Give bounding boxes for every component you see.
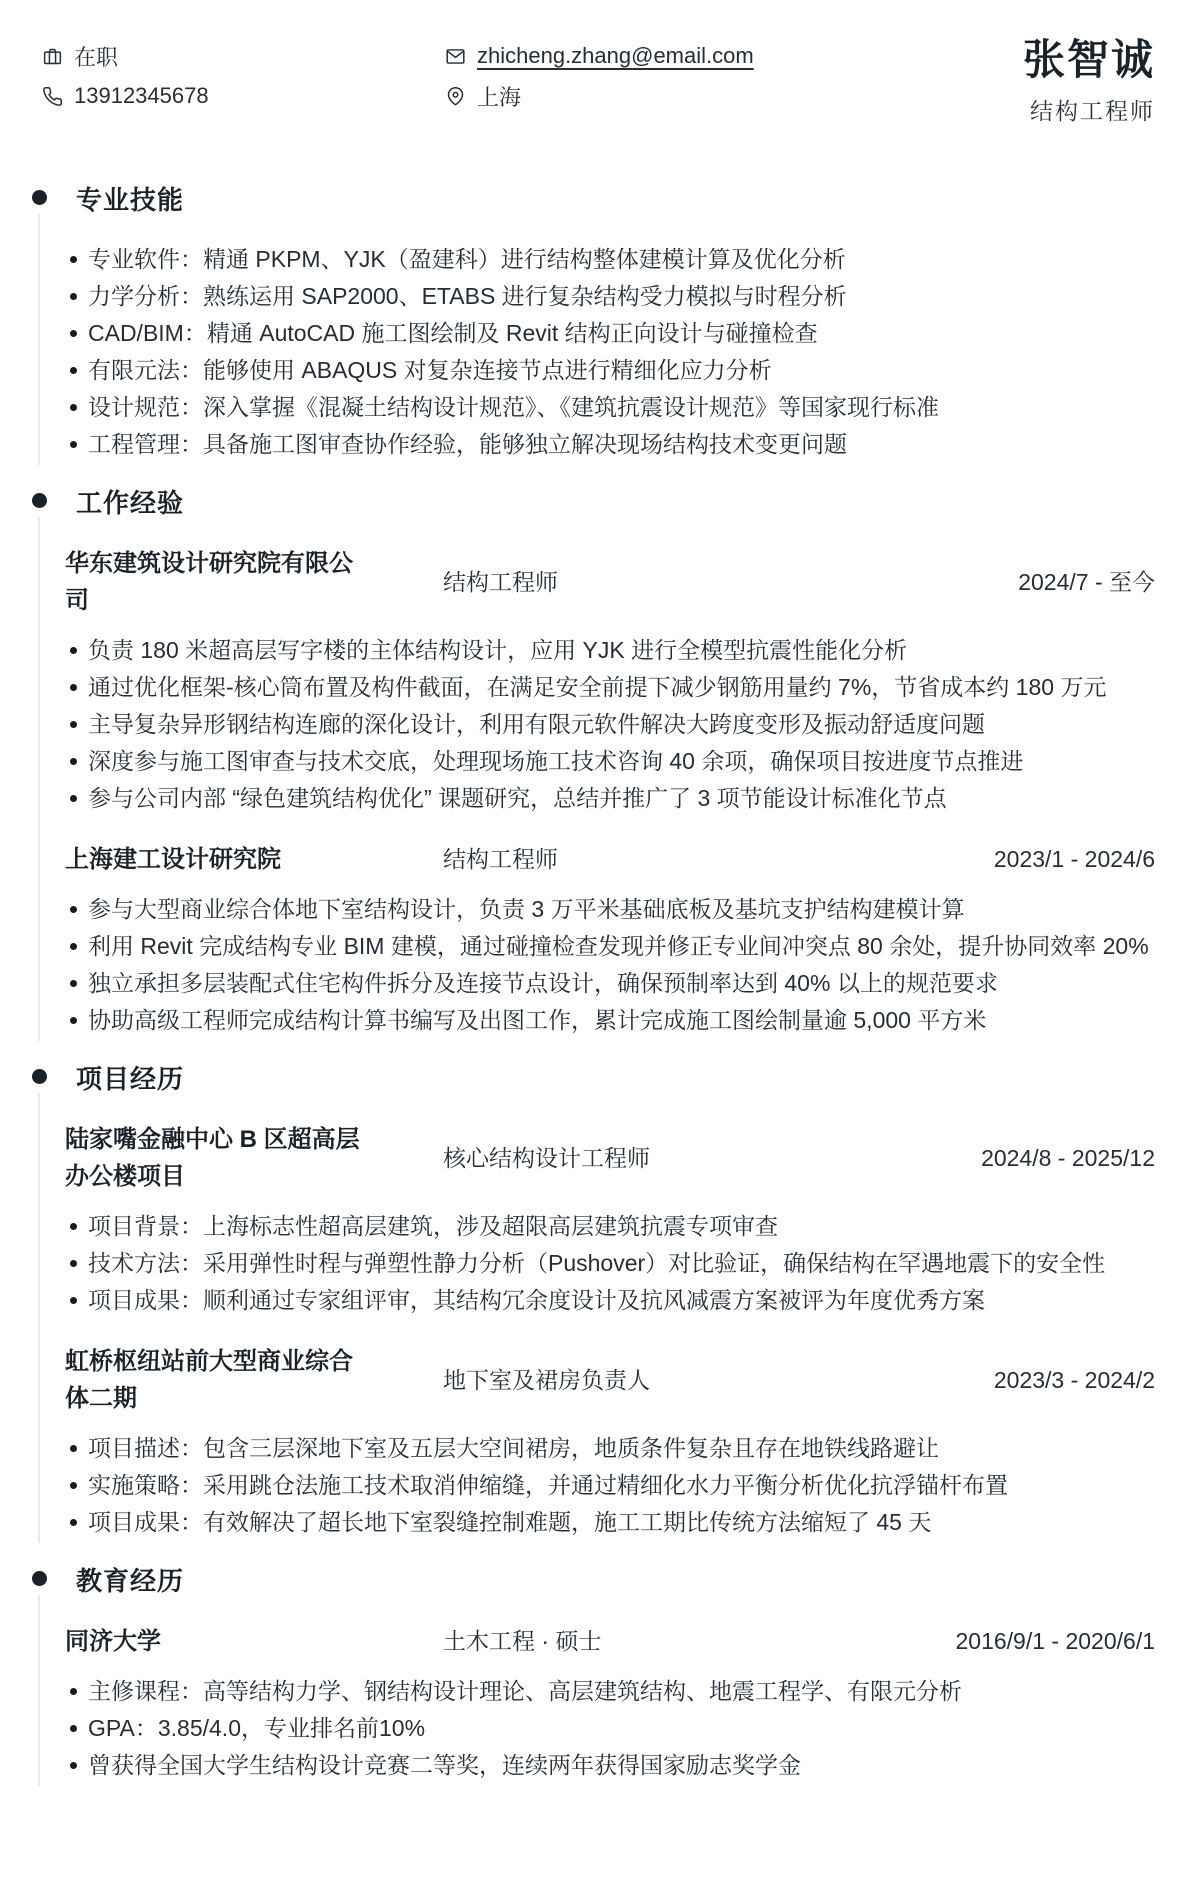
location-pin-icon [445, 86, 466, 107]
degree: 土木工程 · 硕士 [443, 1623, 878, 1660]
job-period: 2023/1 - 2024/6 [994, 841, 1155, 878]
skill-item: 工程管理：具备施工图审查协作经验，能够独立解决现场结构技术变更问题 [88, 427, 1155, 461]
project-period: 2023/3 - 2024/2 [994, 1362, 1155, 1399]
job-role: 结构工程师 [443, 564, 940, 601]
project-bullet: 项目成果：有效解决了超长地下室裂缝控制难题，施工工期比传统方法缩短了 45 天 [88, 1505, 1155, 1539]
education-period: 2016/9/1 - 2020/6/1 [956, 1623, 1156, 1660]
section-bullet-icon [32, 1571, 47, 1586]
work-bullet: 通过优化框架-核心筒布置及构件截面，在满足安全前提下减少钢筋用量约 7%，节省成… [88, 670, 1155, 704]
project-bullet: 实施策略：采用跳仓法施工技术取消伸缩缝，并通过精细化水力平衡分析优化抗浮锚杆布置 [88, 1468, 1155, 1502]
work-bullet-list: 负责 180 米超高层写字楼的主体结构设计，应用 YJK 进行全模型抗震性能化分… [65, 633, 1155, 815]
work-bullet: 主导复杂异形钢结构连廊的深化设计，利用有限元软件解决大跨度变形及振动舒适度问题 [88, 707, 1155, 741]
section-work: 工作经验 华东建筑设计研究院有限公司 结构工程师 2024/7 - 至今 负责 … [32, 487, 1155, 1037]
contact-column-middle: zhicheng.zhang@email.com 上海 [445, 36, 1023, 116]
project-bullet-list: 项目背景：上海标志性超高层建筑，涉及超限高层建筑抗震专项审查 技术方法：采用弹性… [65, 1209, 1155, 1317]
skill-item: 专业软件：精通 PKPM、YJK（盈建科）进行结构整体建模计算及优化分析 [88, 242, 1155, 276]
section-title-skills: 专业技能 [76, 184, 1155, 216]
section-education: 教育经历 同济大学 土木工程 · 硕士 2016/9/1 - 2020/6/1 … [32, 1565, 1155, 1782]
location-text: 上海 [477, 81, 521, 112]
project-bullet: 技术方法：采用弹性时程与弹塑性静力分析（Pushover）对比验证，确保结构在罕… [88, 1246, 1155, 1280]
status-text: 在职 [74, 41, 118, 72]
job-role: 结构工程师 [443, 841, 916, 878]
project-entry-header: 虹桥枢纽站前大型商业综合体二期 地下室及裙房负责人 2023/3 - 2024/… [65, 1343, 1155, 1417]
mail-icon [445, 46, 466, 67]
work-bullet: 协助高级工程师完成结构计算书编写及出图工作，累计完成施工图绘制量逾 5,000 … [88, 1003, 1155, 1037]
resume-header: 在职 13912345678 zhicheng.zhang@email.com [42, 36, 1155, 126]
work-bullet: 独立承担多层装配式住宅构件拆分及连接节点设计，确保预制率达到 40% 以上的规范… [88, 966, 1155, 1000]
education-bullet: GPA：3.85/4.0，专业排名前10% [88, 1711, 1155, 1745]
project-entry: 虹桥枢纽站前大型商业综合体二期 地下室及裙房负责人 2023/3 - 2024/… [65, 1343, 1155, 1539]
skill-item: 力学分析：熟练运用 SAP2000、ETABS 进行复杂结构受力模拟与时程分析 [88, 279, 1155, 313]
work-entry: 华东建筑设计研究院有限公司 结构工程师 2024/7 - 至今 负责 180 米… [65, 545, 1155, 815]
work-bullet: 深度参与施工图审查与技术交底，处理现场施工技术咨询 40 余项，确保项目按进度节… [88, 744, 1155, 778]
skills-list: 专业软件：精通 PKPM、YJK（盈建科）进行结构整体建模计算及优化分析 力学分… [65, 242, 1155, 461]
education-bullet: 曾获得全国大学生结构设计竞赛二等奖，连续两年获得国家励志奖学金 [88, 1748, 1155, 1782]
project-entry: 陆家嘴金融中心 B 区超高层办公楼项目 核心结构设计工程师 2024/8 - 2… [65, 1121, 1155, 1317]
education-entry-header: 同济大学 土木工程 · 硕士 2016/9/1 - 2020/6/1 [65, 1623, 1155, 1660]
work-bullet: 参与大型商业综合体地下室结构设计，负责 3 万平米基础底板及基坑支护结构建模计算 [88, 892, 1155, 926]
resume-page: 在职 13912345678 zhicheng.zhang@email.com [0, 0, 1191, 1782]
candidate-job-title: 结构工程师 [1023, 93, 1155, 126]
location-row: 上海 [445, 76, 1023, 116]
email-link[interactable]: zhicheng.zhang@email.com [477, 43, 754, 69]
education-bullet: 主修课程：高等结构力学、钢结构设计理论、高层建筑结构、地震工程学、有限元分析 [88, 1674, 1155, 1708]
skill-item: 有限元法：能够使用 ABAQUS 对复杂连接节点进行精细化应力分析 [88, 353, 1155, 387]
education-bullet-list: 主修课程：高等结构力学、钢结构设计理论、高层建筑结构、地震工程学、有限元分析 G… [65, 1674, 1155, 1782]
phone-row: 13912345678 [42, 76, 445, 116]
section-title-projects: 项目经历 [76, 1063, 1155, 1095]
phone-icon [42, 86, 63, 107]
skill-item: CAD/BIM：精通 AutoCAD 施工图绘制及 Revit 结构正向设计与碰… [88, 316, 1155, 350]
project-bullet: 项目背景：上海标志性超高层建筑，涉及超限高层建筑抗震专项审查 [88, 1209, 1155, 1243]
work-entry: 上海建工设计研究院 结构工程师 2023/1 - 2024/6 参与大型商业综合… [65, 841, 1155, 1037]
candidate-name: 张智诚 [1023, 36, 1155, 84]
work-bullet: 负责 180 米超高层写字楼的主体结构设计，应用 YJK 进行全模型抗震性能化分… [88, 633, 1155, 667]
project-entry-header: 陆家嘴金融中心 B 区超高层办公楼项目 核心结构设计工程师 2024/8 - 2… [65, 1121, 1155, 1195]
company-name: 上海建工设计研究院 [65, 841, 365, 878]
section-title-work: 工作经验 [76, 487, 1155, 519]
work-entry-header: 华东建筑设计研究院有限公司 结构工程师 2024/7 - 至今 [65, 545, 1155, 619]
company-name: 华东建筑设计研究院有限公司 [65, 545, 365, 619]
section-skills: 专业技能 专业软件：精通 PKPM、YJK（盈建科）进行结构整体建模计算及优化分… [32, 184, 1155, 461]
phone-number: 13912345678 [74, 83, 209, 109]
job-period: 2024/7 - 至今 [1018, 564, 1155, 601]
briefcase-icon [42, 46, 63, 67]
section-projects: 项目经历 陆家嘴金融中心 B 区超高层办公楼项目 核心结构设计工程师 2024/… [32, 1063, 1155, 1539]
email-row: zhicheng.zhang@email.com [445, 36, 1023, 76]
project-bullet-list: 项目描述：包含三层深地下室及五层大空间裙房，地质条件复杂且存在地铁线路避让 实施… [65, 1431, 1155, 1539]
project-bullet: 项目描述：包含三层深地下室及五层大空间裙房，地质条件复杂且存在地铁线路避让 [88, 1431, 1155, 1465]
contact-column-left: 在职 13912345678 [42, 36, 445, 116]
project-name: 陆家嘴金融中心 B 区超高层办公楼项目 [65, 1121, 365, 1195]
section-bullet-icon [32, 493, 47, 508]
project-role: 核心结构设计工程师 [443, 1140, 903, 1177]
name-block: 张智诚 结构工程师 [1023, 36, 1155, 126]
work-bullet: 参与公司内部 “绿色建筑结构优化” 课题研究，总结并推广了 3 项节能设计标准化… [88, 781, 1155, 815]
project-name: 虹桥枢纽站前大型商业综合体二期 [65, 1343, 365, 1417]
section-title-education: 教育经历 [76, 1565, 1155, 1597]
project-role: 地下室及裙房负责人 [443, 1362, 916, 1399]
work-bullet-list: 参与大型商业综合体地下室结构设计，负责 3 万平米基础底板及基坑支护结构建模计算… [65, 892, 1155, 1037]
work-bullet: 利用 Revit 完成结构专业 BIM 建模，通过碰撞检查发现并修正专业间冲突点… [88, 929, 1155, 963]
school-name: 同济大学 [65, 1623, 365, 1660]
skill-item: 设计规范：深入掌握《混凝土结构设计规范》、《建筑抗震设计规范》等国家现行标准 [88, 390, 1155, 424]
status-row: 在职 [42, 36, 445, 76]
project-bullet: 项目成果：顺利通过专家组评审，其结构冗余度设计及抗风减震方案被评为年度优秀方案 [88, 1283, 1155, 1317]
project-period: 2024/8 - 2025/12 [981, 1140, 1155, 1177]
work-entry-header: 上海建工设计研究院 结构工程师 2023/1 - 2024/6 [65, 841, 1155, 878]
education-entry: 同济大学 土木工程 · 硕士 2016/9/1 - 2020/6/1 主修课程：… [65, 1623, 1155, 1782]
section-bullet-icon [32, 1069, 47, 1084]
section-bullet-icon [32, 190, 47, 205]
